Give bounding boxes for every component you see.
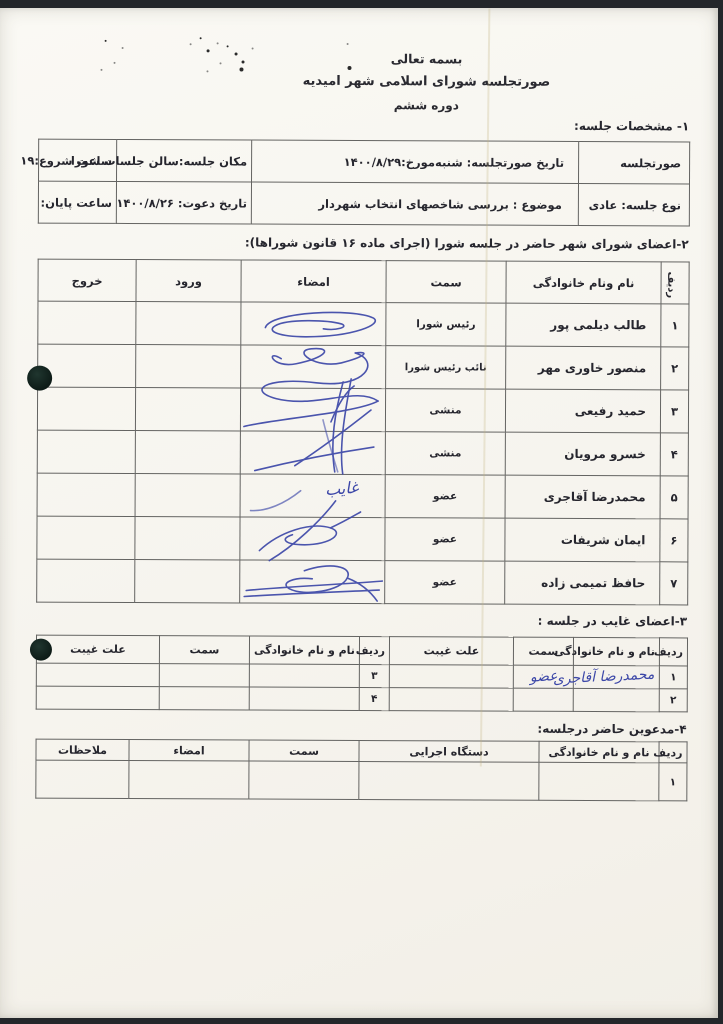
ink-speckle xyxy=(235,52,238,55)
date-cell: تاریخ صورتجلسه: شنبه مورخ:۱۴۰۰/۸/۲۹ xyxy=(252,140,579,183)
exit-cell xyxy=(37,559,135,602)
col-absence-reason: علت غیبت xyxy=(36,635,159,664)
col-signature: امضاء xyxy=(129,739,249,761)
row-number: ۷ xyxy=(660,562,688,605)
invitee-name-cell xyxy=(539,762,659,801)
ink-speckle xyxy=(122,47,124,49)
absence-reason-cell xyxy=(389,665,513,689)
member-position: عضو xyxy=(385,475,505,519)
present-members-table: ردیف نام ونام خانوادگی سمت امضاء ورود خر… xyxy=(36,259,689,606)
scanned-document-page: { "header": { "bismillah": "بسمه تعالی",… xyxy=(0,0,723,1024)
row-number: ۲ xyxy=(659,689,687,712)
member-row: ۶ ایمان شریفات عضو xyxy=(37,516,688,562)
ink-speckle xyxy=(190,43,192,45)
signature-cell xyxy=(241,302,386,346)
signature-cell xyxy=(240,431,385,475)
bismillah-line: بسمه تعالی xyxy=(151,47,701,71)
row-number: ۳ xyxy=(660,390,688,433)
absent-row: ۱ محمدرضا آقاجری عضو ۳ xyxy=(36,663,687,689)
col-agency: دستگاه اجرایی xyxy=(359,741,539,763)
row-number: ۵ xyxy=(660,476,688,519)
exit-cell xyxy=(37,387,135,430)
exit-cell xyxy=(37,516,135,559)
member-name: محمدرضا آقاجری xyxy=(505,475,660,519)
member-row: ۱ طالب دیلمی پور رئیس شورا xyxy=(38,301,689,347)
absence-reason-cell xyxy=(389,688,513,712)
section2-heading: ۲-اعضای شورای شهر حاضر در جلسه شورا (اجر… xyxy=(245,236,689,252)
entry-cell xyxy=(135,560,240,603)
absence-reason-cell xyxy=(36,686,159,710)
document-header: بسمه تعالی صورتجلسه شورای اسلامی شهر امی… xyxy=(151,47,701,117)
row-number: ۲ xyxy=(661,347,689,390)
entry-cell xyxy=(136,345,241,388)
row-number: ۱ xyxy=(659,763,687,801)
ink-speckle xyxy=(105,40,107,42)
table-row: نوع جلسه: عادی موضوع : بررسی شاخصهای انت… xyxy=(38,181,689,226)
ink-speckle xyxy=(239,67,243,71)
punch-hole xyxy=(30,639,52,661)
col-name: نام و نام خانوادگی xyxy=(539,741,659,763)
col-row-number: ردیف xyxy=(659,742,687,763)
invitee-position-cell xyxy=(249,761,359,799)
absent-members-table: ردیف نام و نام خانوادگی سمت علت غیبت ردی… xyxy=(36,635,688,713)
member-name: حافظ تمیمی زاده xyxy=(505,561,660,605)
entry-cell xyxy=(135,474,240,517)
location-cell: مکان جلسه:سالن جلسات شورا xyxy=(117,139,252,182)
row-number: ۴ xyxy=(660,433,688,476)
absent-row: ۲ ۴ xyxy=(36,686,687,712)
col-position: سمت xyxy=(159,636,249,664)
row-number: ۳ xyxy=(359,665,389,688)
absent-name-cell xyxy=(573,688,659,711)
section4-heading: ۴-مدعوین حاضر درجلسه: xyxy=(537,722,686,737)
member-name: حمید رفیعی xyxy=(505,389,660,433)
ink-speckle xyxy=(217,42,219,44)
exit-cell xyxy=(38,301,136,344)
subject-cell: موضوع : بررسی شاخصهای انتخاب شهردار xyxy=(251,182,578,225)
col-signature: امضاء xyxy=(241,260,386,303)
handwritten-name: محمدرضا آقاجری xyxy=(553,667,655,688)
row-number: ۶ xyxy=(660,519,688,562)
col-row-number: ردیف xyxy=(659,638,687,666)
dated-value: مورخ:۱۴۰۰/۸/۲۹ xyxy=(344,154,435,168)
member-row: ۴ خسرو مرویان منشی xyxy=(37,430,688,476)
ink-speckle xyxy=(200,37,202,39)
invitee-agency-cell xyxy=(359,762,539,801)
exit-cell xyxy=(37,430,135,473)
absent-position-cell xyxy=(159,687,249,710)
col-position: سمت xyxy=(249,740,359,761)
absent-name-cell xyxy=(249,664,359,687)
col-row-number: ردیف xyxy=(359,637,389,665)
signature-cell xyxy=(240,388,385,432)
paper-sheet: بسمه تعالی صورتجلسه شورای اسلامی شهر امی… xyxy=(0,8,718,1018)
start-time-cell: ساعت شروع:۱۹ xyxy=(39,139,117,181)
col-row-number: ردیف xyxy=(661,262,689,304)
invitee-notes-cell xyxy=(36,760,129,798)
invite-date-cell: تاریخ دعوت: ۱۴۰۰/۸/۲۶ xyxy=(116,181,251,224)
member-row: ۷ حافظ تمیمی زاده عضو xyxy=(37,559,688,605)
punch-hole xyxy=(27,366,52,391)
row-number: ۴ xyxy=(359,688,389,711)
col-position: سمت xyxy=(386,261,506,304)
entry-cell xyxy=(135,517,240,560)
member-position: نائب رئیس شورا xyxy=(386,346,506,390)
exit-cell xyxy=(37,473,135,516)
table-header-row: ردیف نام و نام خانوادگی دستگاه اجرایی سم… xyxy=(36,739,687,763)
invitee-row: ۱ xyxy=(36,760,687,801)
table-header-row: ردیف نام و نام خانوادگی سمت علت غیبت ردی… xyxy=(36,635,687,666)
member-position: منشی xyxy=(385,432,505,476)
member-name: ایمان شریفات xyxy=(505,518,660,562)
end-time-cell: ساعت پایان: xyxy=(38,181,116,223)
ink-speckle xyxy=(242,60,245,63)
ink-speckle xyxy=(100,69,102,71)
col-absence-reason: علت غیبت xyxy=(389,637,513,666)
member-name: طالب دیلمی پور xyxy=(506,303,661,347)
minutes-label-cell: صورتجلسه xyxy=(578,141,689,183)
member-row: ۲ منصور خاوری مهر نائب رئیس شورا xyxy=(38,344,689,390)
col-name: نام ونام خانوادگی xyxy=(506,261,661,304)
absent-position-cell xyxy=(159,664,249,687)
signature-cell xyxy=(241,345,386,389)
table-row: صورتجلسه تاریخ صورتجلسه: شنبه مورخ:۱۴۰۰/… xyxy=(39,139,690,184)
ink-speckle xyxy=(114,62,116,64)
meeting-info-table: صورتجلسه تاریخ صورتجلسه: شنبه مورخ:۱۴۰۰/… xyxy=(38,139,690,227)
col-entry: ورود xyxy=(136,260,241,302)
entry-cell xyxy=(135,388,240,431)
absent-position-cell xyxy=(513,688,573,711)
member-position: منشی xyxy=(385,389,505,433)
exit-cell xyxy=(38,344,136,387)
col-name: نام و نام خانوادگی xyxy=(249,636,359,664)
row-number: ۱ xyxy=(659,666,687,689)
member-name: خسرو مرویان xyxy=(505,432,660,476)
absent-name-cell: محمدرضا آقاجری xyxy=(573,665,659,688)
section1-heading: ۱- مشخصات جلسه: xyxy=(574,119,689,134)
invitee-signature-cell xyxy=(129,760,249,799)
document-title: صورتجلسه شورای اسلامی شهر امیدیه xyxy=(151,69,701,95)
ink-speckle xyxy=(347,43,349,45)
handwritten-position: عضو xyxy=(529,668,558,686)
member-row: ۳ حمید رفیعی منشی xyxy=(37,387,688,433)
minutes-date-label: تاریخ صورتجلسه: شنبه xyxy=(435,155,564,170)
term-line: دوره ششم xyxy=(151,93,701,117)
ink-speckle xyxy=(220,62,222,64)
invitees-table: ردیف نام و نام خانوادگی دستگاه اجرایی سم… xyxy=(35,739,687,802)
member-position: عضو xyxy=(385,518,505,562)
entry-cell xyxy=(135,431,240,474)
ink-speckle xyxy=(227,45,229,47)
ink-speckle xyxy=(206,70,208,72)
ink-speckle xyxy=(347,66,351,70)
row-number: ۱ xyxy=(661,304,689,347)
ink-speckle xyxy=(252,48,254,50)
section3-heading: ۳-اعضای غایب در جلسه : xyxy=(538,614,688,629)
absence-reason-cell xyxy=(36,663,159,687)
member-position: عضو xyxy=(385,561,505,605)
table-header-row: ردیف نام ونام خانوادگی سمت امضاء ورود خر… xyxy=(38,259,689,304)
member-name: منصور خاوری مهر xyxy=(506,346,661,390)
member-position: رئیس شورا xyxy=(386,303,506,347)
absent-name-cell xyxy=(249,687,359,710)
col-notes: ملاحظات xyxy=(36,739,129,760)
ink-speckle xyxy=(207,49,210,52)
signature-cell xyxy=(240,560,385,604)
col-name: نام و نام خانوادگی xyxy=(573,637,659,665)
entry-cell xyxy=(136,302,241,345)
col-exit: خروج xyxy=(38,259,136,301)
signature-cell xyxy=(240,517,385,561)
meeting-type-cell: نوع جلسه: عادی xyxy=(578,183,689,225)
